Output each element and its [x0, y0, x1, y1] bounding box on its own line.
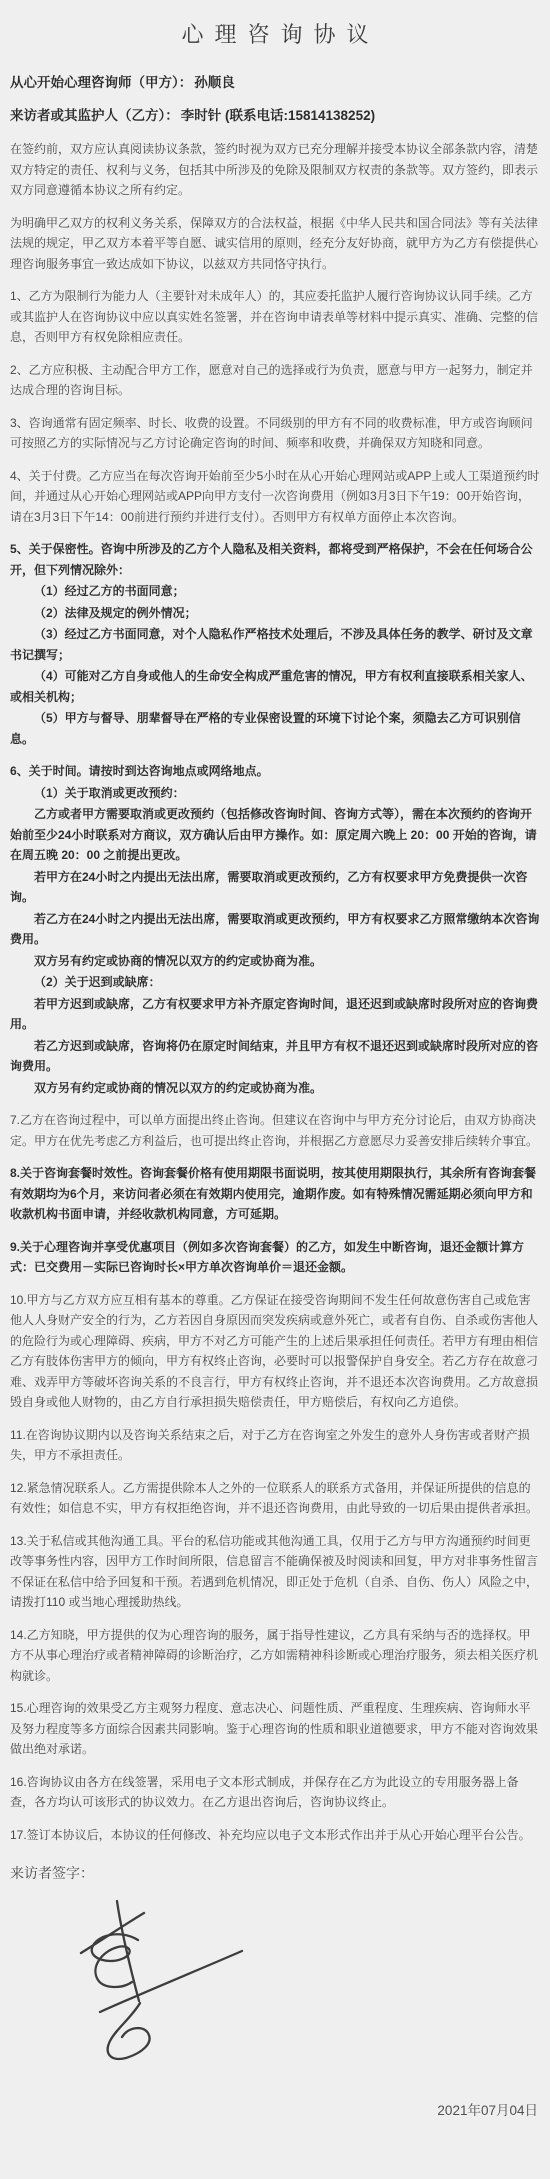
- agreement-clauses: 在签约前，双方应认真阅读协议条款，签约时视为双方已充分理解并接受本协议全部条款内…: [10, 139, 540, 1845]
- agreement-paragraph: 9.关于心理咨询并享受优惠项目（例如多次咨询套餐）的乙方，如发生中断咨询，退还金…: [10, 1237, 540, 1278]
- agreement-paragraph: 乙方或者甲方需要取消或更改预约（包括修改咨询时间、咨询方式等），需在本次预约的咨…: [10, 804, 540, 866]
- agreement-paragraph: 3、咨询通常有固定频率、时长、收费的设置。不同级别的甲方有不同的收费标准，甲方或…: [10, 413, 540, 454]
- agreement-paragraph: 在签约前，双方应认真阅读协议条款，签约时视为双方已充分理解并接受本协议全部条款内…: [10, 139, 540, 201]
- agreement-paragraph: 5、关于保密性。咨询中所涉及的乙方个人隐私及相关资料，都将受到严格保护，不会在任…: [10, 539, 540, 580]
- agreement-paragraph: （2）法律及规定的例外情况；: [10, 603, 540, 624]
- agreement-paragraph: 若甲方迟到或缺席，乙方有权要求甲方补齐原定咨询时间，退还迟到或缺席时段所对应的咨…: [10, 994, 540, 1035]
- agreement-paragraph: 11.在咨询协议期内以及咨询关系结束之后，对于乙方在咨询室之外发生的意外人身伤害…: [10, 1425, 540, 1466]
- party-b-name: 李时针 (联系电话:15814138252): [181, 108, 375, 123]
- agreement-paragraph: 8.关于咨询套餐时效性。咨询套餐价格有使用期限书面说明，按其使用期限执行，其余所…: [10, 1163, 540, 1225]
- page-title: 心理咨询协议: [10, 18, 540, 49]
- agreement-paragraph: 若乙方在24小时之内提出无法出席，需要取消或更改预约，甲方有权要求乙方照常缴纳本…: [10, 909, 540, 950]
- agreement-paragraph: 若甲方在24小时之内提出无法出席，需要取消或更改预约，乙方有权要求甲方免费提供一…: [10, 867, 540, 908]
- agreement-paragraph: 6、关于时间。请按时到达咨询地点或网络地点。: [10, 761, 540, 782]
- agreement-paragraph: 17.签订本协议后，本协议的任何修改、补充均应以电子文本形式作出并于从心开始心理…: [10, 1825, 540, 1846]
- signature-date: 2021年07月04日: [12, 2099, 538, 2119]
- signature-scribble-icon: [76, 1891, 248, 2067]
- party-b-label: 来访者或其监护人（乙方）：: [10, 108, 179, 123]
- agreement-paragraph: （5）甲方与督导、朋辈督导在严格的专业保密设置的环境下讨论个案，须隐去乙方可识别…: [10, 708, 540, 749]
- agreement-paragraph: 1、乙方为限制行为能力人（主要针对未成年人）的，其应委托监护人履行咨询协议认同手…: [10, 286, 540, 348]
- agreement-paragraph: 10.甲方与乙方双方应互相有基本的尊重。乙方保证在接受咨询期间不发生任何故意伤害…: [10, 1290, 540, 1413]
- agreement-paragraph: 16.咨询协议由各方在线签署，采用电子文本形式制成，并保存在乙方为此设立的专用服…: [10, 1772, 540, 1813]
- party-a-line: 从心开始心理咨询师（甲方）：孙顺良: [10, 73, 540, 92]
- agreement-paragraph: （1）经过乙方的书面同意；: [10, 581, 540, 602]
- visitor-signature-image: [76, 1891, 540, 2069]
- agreement-paragraph: 7.乙方在咨询过程中，可以单方面提出终止咨询。但建议在咨询中与甲方充分讨论后，由…: [10, 1110, 540, 1151]
- agreement-paragraph: （3）经过乙方书面同意，对个人隐私作严格技术处理后，不涉及具体任务的教学、研讨及…: [10, 624, 540, 665]
- party-b-line: 来访者或其监护人（乙方）：李时针 (联系电话:15814138252): [10, 106, 540, 125]
- agreement-paragraph: 13.关于私信或其他沟通工具。平台的私信功能或其他沟通工具，仅用于乙方与甲方沟通…: [10, 1531, 540, 1613]
- agreement-paragraph: 4、关于付费。乙方应当在每次咨询开始前至少5小时在从心开始心理网站或APP上或人…: [10, 466, 540, 528]
- party-a-label: 从心开始心理咨询师（甲方）：: [10, 75, 192, 90]
- agreement-paragraph: 双方另有约定或协商的情况以双方的约定或协商为准。: [10, 1078, 540, 1099]
- agreement-paragraph: 双方另有约定或协商的情况以双方的约定或协商为准。: [10, 951, 540, 972]
- agreement-paragraph: 为明确甲乙双方的权利义务关系，保障双方的合法权益，根据《中华人民共和国合同法》等…: [10, 213, 540, 275]
- agreement-paragraph: 14.乙方知晓，甲方提供的仅为心理咨询的服务，属于指导性建议，乙方具有采纳与否的…: [10, 1625, 540, 1687]
- agreement-paragraph: 12.紧急情况联系人。乙方需提供除本人之外的一位联系人的联系方式备用，并保证所提…: [10, 1478, 540, 1519]
- agreement-paragraph: （4）可能对乙方自身或他人的生命安全构成严重危害的情况，甲方有权利直接联系相关家…: [10, 666, 540, 707]
- agreement-paragraph: （1）关于取消或更改预约：: [10, 783, 540, 804]
- agreement-paragraph: 15.心理咨询的效果受乙方主观努力程度、意志决心、问题性质、严重程度、生理疾病、…: [10, 1698, 540, 1760]
- agreement-paragraph: 若乙方迟到或缺席，咨询将仍在原定时间结束，并且甲方有权不退还迟到或缺席时段所对应…: [10, 1036, 540, 1077]
- agreement-paragraph: （2）关于迟到或缺席：: [10, 972, 540, 993]
- agreement-paragraph: 2、乙方应积极、主动配合甲方工作，愿意对自己的选择或行为负责，愿意与甲方一起努力…: [10, 360, 540, 401]
- party-a-name: 孙顺良: [194, 75, 235, 90]
- agreement-page: 心理咨询协议 从心开始心理咨询师（甲方）：孙顺良 来访者或其监护人（乙方）：李时…: [0, 0, 550, 2179]
- visitor-signature-label: 来访者签字：: [10, 1863, 540, 1883]
